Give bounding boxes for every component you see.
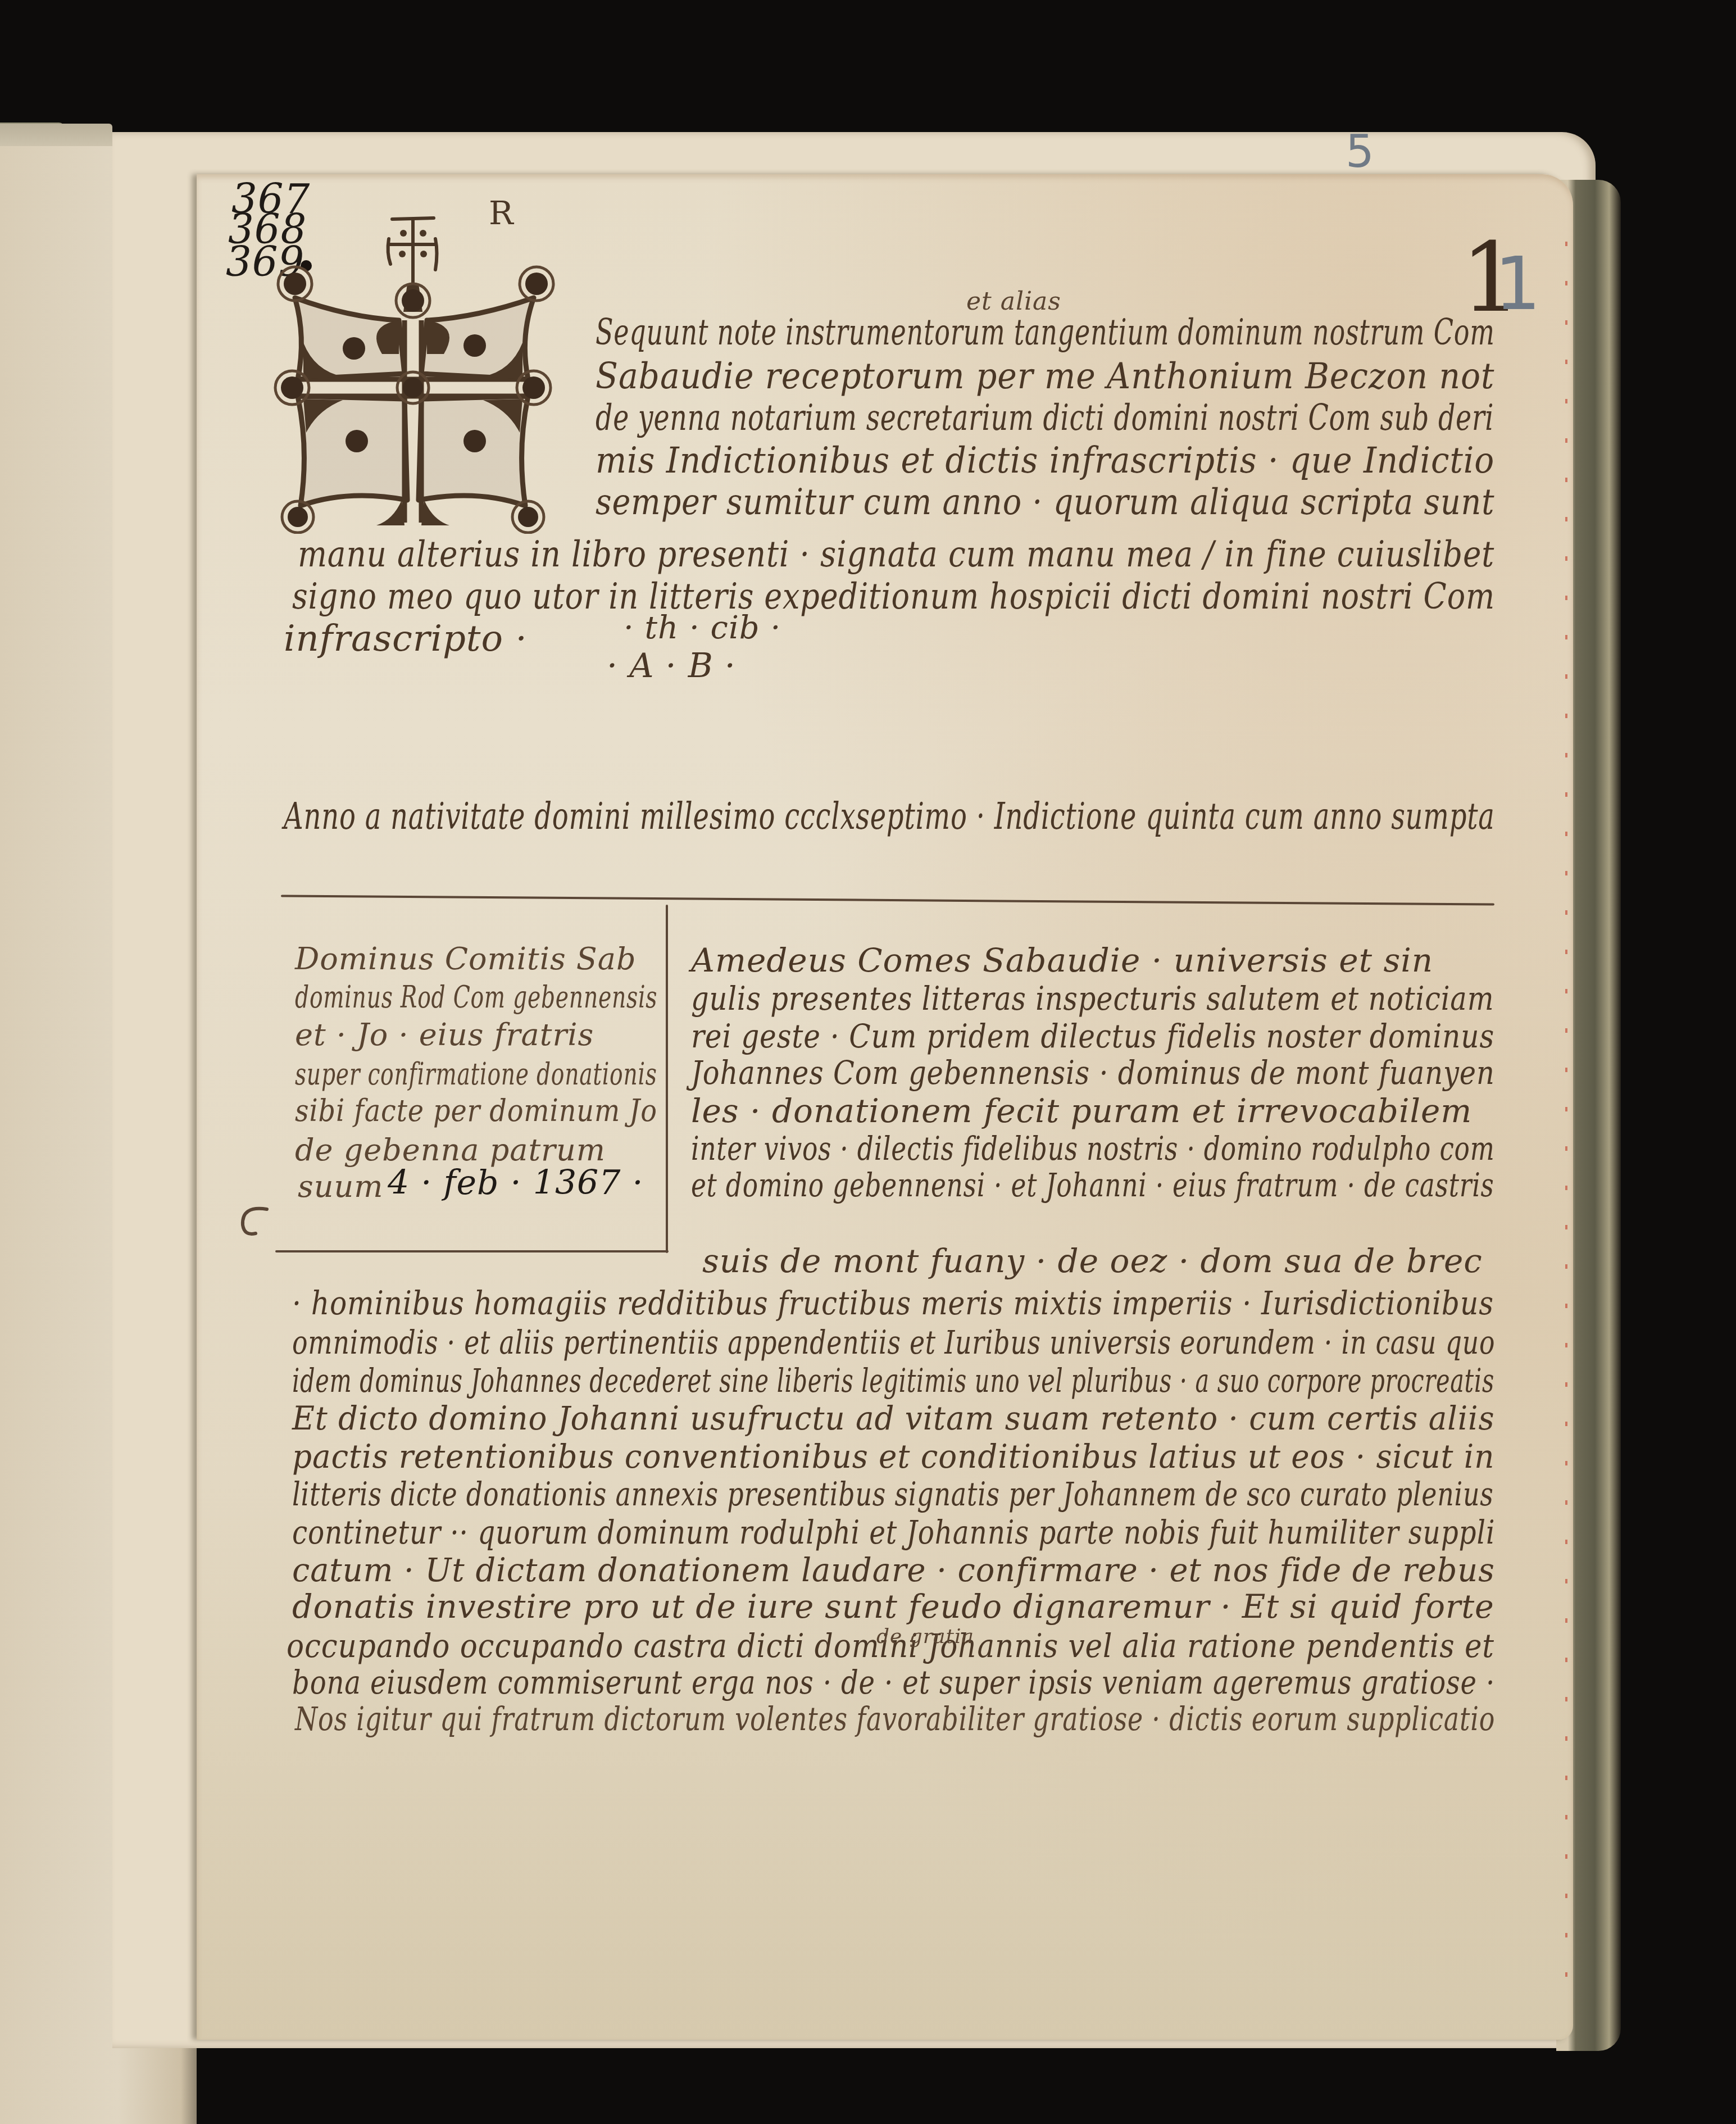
year-heading: Anno a nativitate domini millesimo ccclx…	[284, 798, 1495, 835]
margin-box-bottom-rule	[275, 1250, 669, 1252]
charter-line: bona eiusdem commiserunt erga nos · de ·…	[292, 1666, 1495, 1699]
margin-box-right-rule	[666, 905, 668, 1253]
preamble-line: Sabaudie receptorum per me Anthonium Bec…	[596, 358, 1494, 394]
margin-note-date: 4 · feb · 1367 ·	[388, 1166, 644, 1200]
charter-line: les · donationem fecit puram et irrevoca…	[691, 1095, 1472, 1127]
charter-line: gulis presentes litteras inspecturis sal…	[691, 982, 1494, 1015]
charter-line: pactis retentionibus conventionibus et c…	[292, 1440, 1494, 1473]
under-leaf-number: 5	[1346, 129, 1375, 174]
ornament-letter-r: R	[489, 197, 514, 229]
charter-line: Nos igitur qui fratrum dictorum volentes…	[295, 1703, 1495, 1735]
charter-line: idem dominus Johannes decederet sine lib…	[292, 1364, 1494, 1397]
margin-note-line: dominus Rod Com gebennensis	[295, 982, 657, 1013]
preamble-line: infrascripto ·	[284, 621, 528, 657]
charter-line: inter vivos · dilectis fidelibus nostris…	[691, 1132, 1495, 1165]
charter-line: donatis investire pro ut de iure sunt fe…	[292, 1590, 1494, 1623]
notary-signature-line2: · A · B ·	[607, 649, 736, 683]
margin-note-line: et · Jo · eius fratris	[295, 1020, 594, 1050]
charter-gloss: de gratia	[876, 1627, 974, 1647]
margin-flourish-icon	[236, 1202, 287, 1247]
notary-signature-line1: · th · cib ·	[624, 612, 781, 644]
charter-line: catum · Ut dictam donationem laudare · c…	[292, 1554, 1495, 1586]
margin-note-line: de gebenna patrum	[295, 1135, 606, 1165]
charter-line: continetur ·· quorum dominum rodulphi et…	[292, 1516, 1495, 1549]
charter-line: Johannes Com gebennensis · dominus de mo…	[691, 1056, 1495, 1089]
charter-line: Amedeus Comes Sabaudie · universis et si…	[691, 944, 1433, 977]
red-edge-staining	[1565, 242, 1567, 2012]
notarial-signum-icon	[264, 185, 579, 534]
preamble-line: mis Indictionibus et dictis infrascripti…	[596, 443, 1494, 479]
margin-note-line: super confirmatione donationis	[295, 1059, 657, 1090]
charter-line: rei geste · Cum pridem dilectus fidelis …	[691, 1020, 1494, 1052]
preamble-line: Sequunt note instrumentorum tangentium d…	[596, 315, 1495, 351]
preamble-line: manu alterius in libro presenti · signat…	[298, 537, 1494, 573]
preamble-line: semper sumitur cum anno · quorum aliqua …	[596, 484, 1494, 520]
margin-note-line: Dominus Comitis Sab	[295, 944, 637, 974]
charter-line: omnimodis · et aliis pertinentiis append…	[292, 1326, 1495, 1359]
margin-note-line: sibi facte per dominum Jo	[295, 1096, 657, 1126]
pencil-folio-number: 1	[1494, 247, 1542, 320]
charter-line: et domino gebennensi · et Johanni · eius…	[691, 1169, 1494, 1201]
charter-line: · hominibus homagiis redditibus fructibu…	[292, 1287, 1494, 1319]
margin-note-line: suum	[298, 1172, 383, 1202]
charter-line: Et dicto domino Johanni usufructu ad vit…	[292, 1402, 1495, 1435]
charter-line: suis de mont fuany · de oez · dom sua de…	[702, 1245, 1483, 1277]
charter-line: litteris dicte donationis annexis presen…	[292, 1478, 1494, 1510]
preamble-gloss: et alias	[966, 289, 1061, 314]
preamble-line: signo meo quo utor in litteris expeditio…	[292, 579, 1495, 615]
preamble-line: de yenna notarium secretarium dicti domi…	[596, 400, 1494, 436]
